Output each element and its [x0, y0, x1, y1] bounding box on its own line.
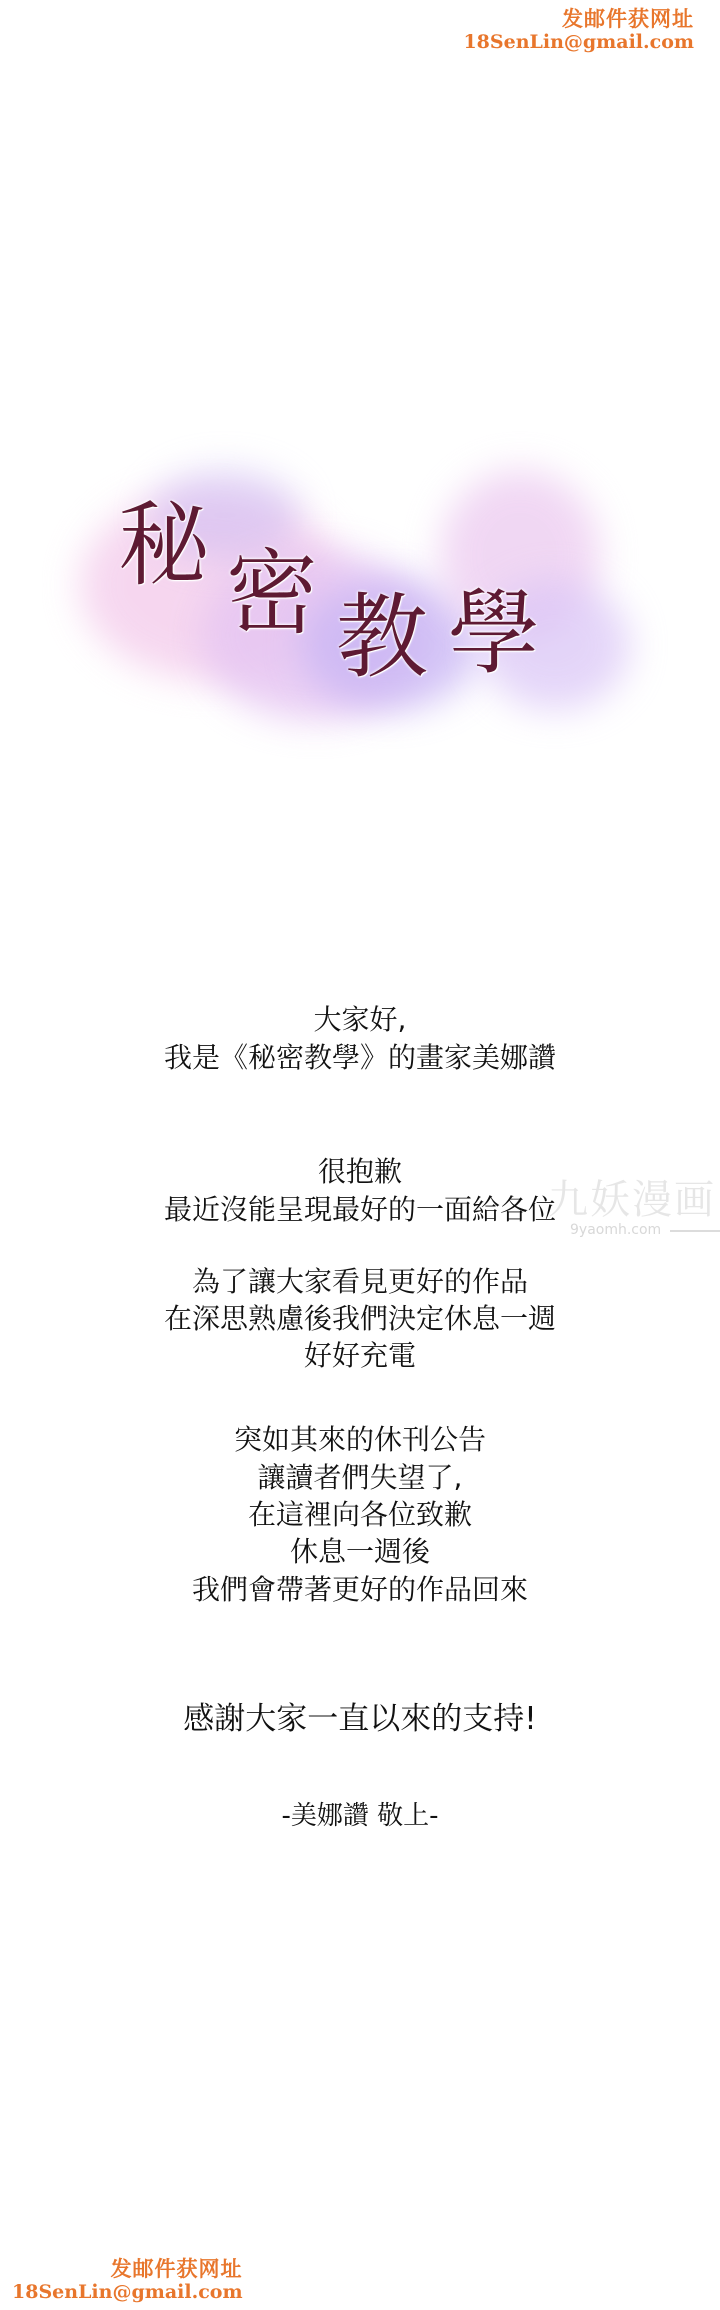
notice-signature: -美娜讚 敬上- [0, 1799, 720, 1833]
notice-line: 很抱歉 [0, 1155, 720, 1189]
logo-char-2: 密 [226, 548, 318, 640]
title-logo: 秘 密 教 學 [60, 430, 660, 750]
notice-line: 為了讓大家看見更好的作品 [0, 1265, 720, 1299]
watermark-caption: 发邮件获网址 [12, 2258, 243, 2279]
notice-line: 在深思熟慮後我們決定休息一週 [0, 1302, 720, 1336]
notice-line: 休息一週後 [0, 1535, 720, 1569]
notice-line: 突如其來的休刊公告 [0, 1423, 720, 1457]
notice-line: 我是《秘密教學》的畫家美娜讚 [0, 1041, 720, 1075]
logo-char-3: 教 [336, 592, 428, 684]
notice-line: 好好充電 [0, 1339, 720, 1373]
watermark-email: 18SenLin@gmail.com [463, 33, 694, 52]
notice-line: 大家好, [0, 1003, 720, 1037]
notice-line: 最近沒能呈現最好的一面給各位 [0, 1193, 720, 1227]
notice-thanks: 感謝大家一直以來的支持! [0, 1702, 720, 1736]
email-watermark-bottom: 发邮件获网址 18SenLin@gmail.com [12, 2258, 243, 2302]
notice-line: 讓讀者們失望了, [0, 1461, 720, 1495]
site-watermark-rule [670, 1230, 720, 1232]
watermark-email: 18SenLin@gmail.com [12, 2283, 243, 2302]
watermark-caption: 发邮件获网址 [463, 8, 694, 29]
logo-char-4: 學 [448, 588, 540, 680]
notice-line: 在這裡向各位致歉 [0, 1498, 720, 1532]
logo-char-1: 秘 [118, 500, 210, 592]
notice-line: 我們會帶著更好的作品回來 [0, 1573, 720, 1607]
email-watermark-top: 发邮件获网址 18SenLin@gmail.com [463, 8, 694, 52]
